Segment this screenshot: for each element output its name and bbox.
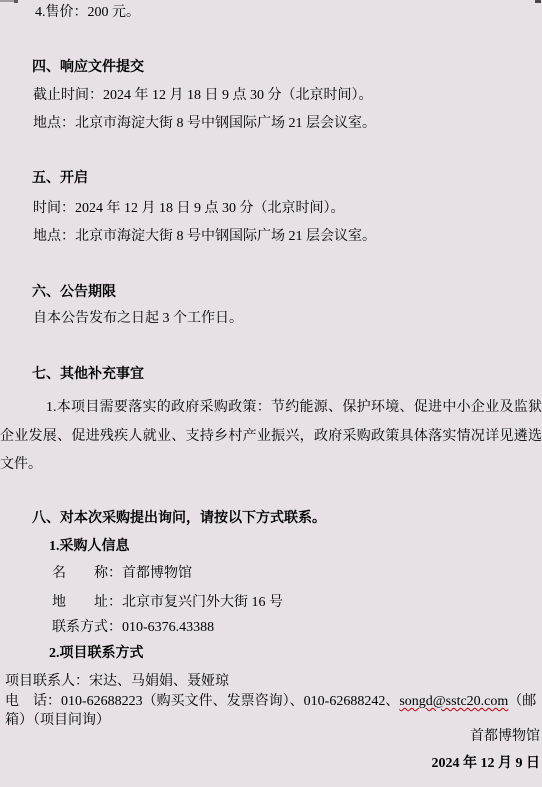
purchaser-info-heading: 1.采购人信息 [49,537,130,557]
purchaser-phone-line: 联系方式：010-6376.43388 [52,618,214,638]
date-line: 2024 年 12 月 9 日 [0,754,540,774]
opening-location-line: 地点：北京市海淀大街 8 号中钢国际广场 21 层会议室。 [33,227,376,247]
opening-time-line: 时间：2024 年 12 月 18 日 9 点 30 分（北京时间）。 [33,199,345,219]
section-heading-announcement-period: 六、公告期限 [32,283,116,303]
email-text: songd@sstc20.com [399,694,508,709]
other-matters-paragraph: 1.本项目需要落实的政府采购政策：节约能源、保护环境、促进中小企业及监狱企业发展… [0,394,542,480]
section-heading-opening: 五、开启 [32,169,88,189]
document-page: 4.售价：200 元。 四、响应文件提交 截止时间：2024 年 12 月 18… [0,0,542,787]
section-heading-contact: 八、对本次采购提出询问，请按以下方式联系。 [32,509,326,529]
announcement-period-line: 自本公告发布之日起 3 个工作日。 [33,309,243,329]
crop-artifact-top-right [535,0,541,3]
crop-artifact-top-left-tip [14,0,18,3]
section-heading-submission: 四、响应文件提交 [32,58,144,78]
purchaser-address-line: 地 址：北京市复兴门外大街 16 号 [52,593,283,613]
signature-line: 首都博物馆 [0,727,540,747]
section-heading-other-matters: 七、其他补充事宜 [32,365,144,385]
phone-text-prefix: 电 话：010-62688223（购买文件、发票咨询）、010-62688242… [5,694,399,709]
submission-deadline-line: 截止时间：2024 年 12 月 18 日 9 点 30 分（北京时间）。 [33,86,373,106]
submission-location-line: 地点：北京市海淀大街 8 号中钢国际广场 21 层会议室。 [33,114,376,134]
price-line: 4.售价：200 元。 [35,3,140,23]
project-contacts-line: 项目联系人：宋达、马娟娟、聂娅琼 [5,672,229,692]
project-phone-line: 电 话：010-62688223（购买文件、发票咨询）、010-62688242… [5,692,541,730]
purchaser-name-line: 名 称：首都博物馆 [52,564,192,584]
project-contact-heading: 2.项目联系方式 [49,644,144,664]
